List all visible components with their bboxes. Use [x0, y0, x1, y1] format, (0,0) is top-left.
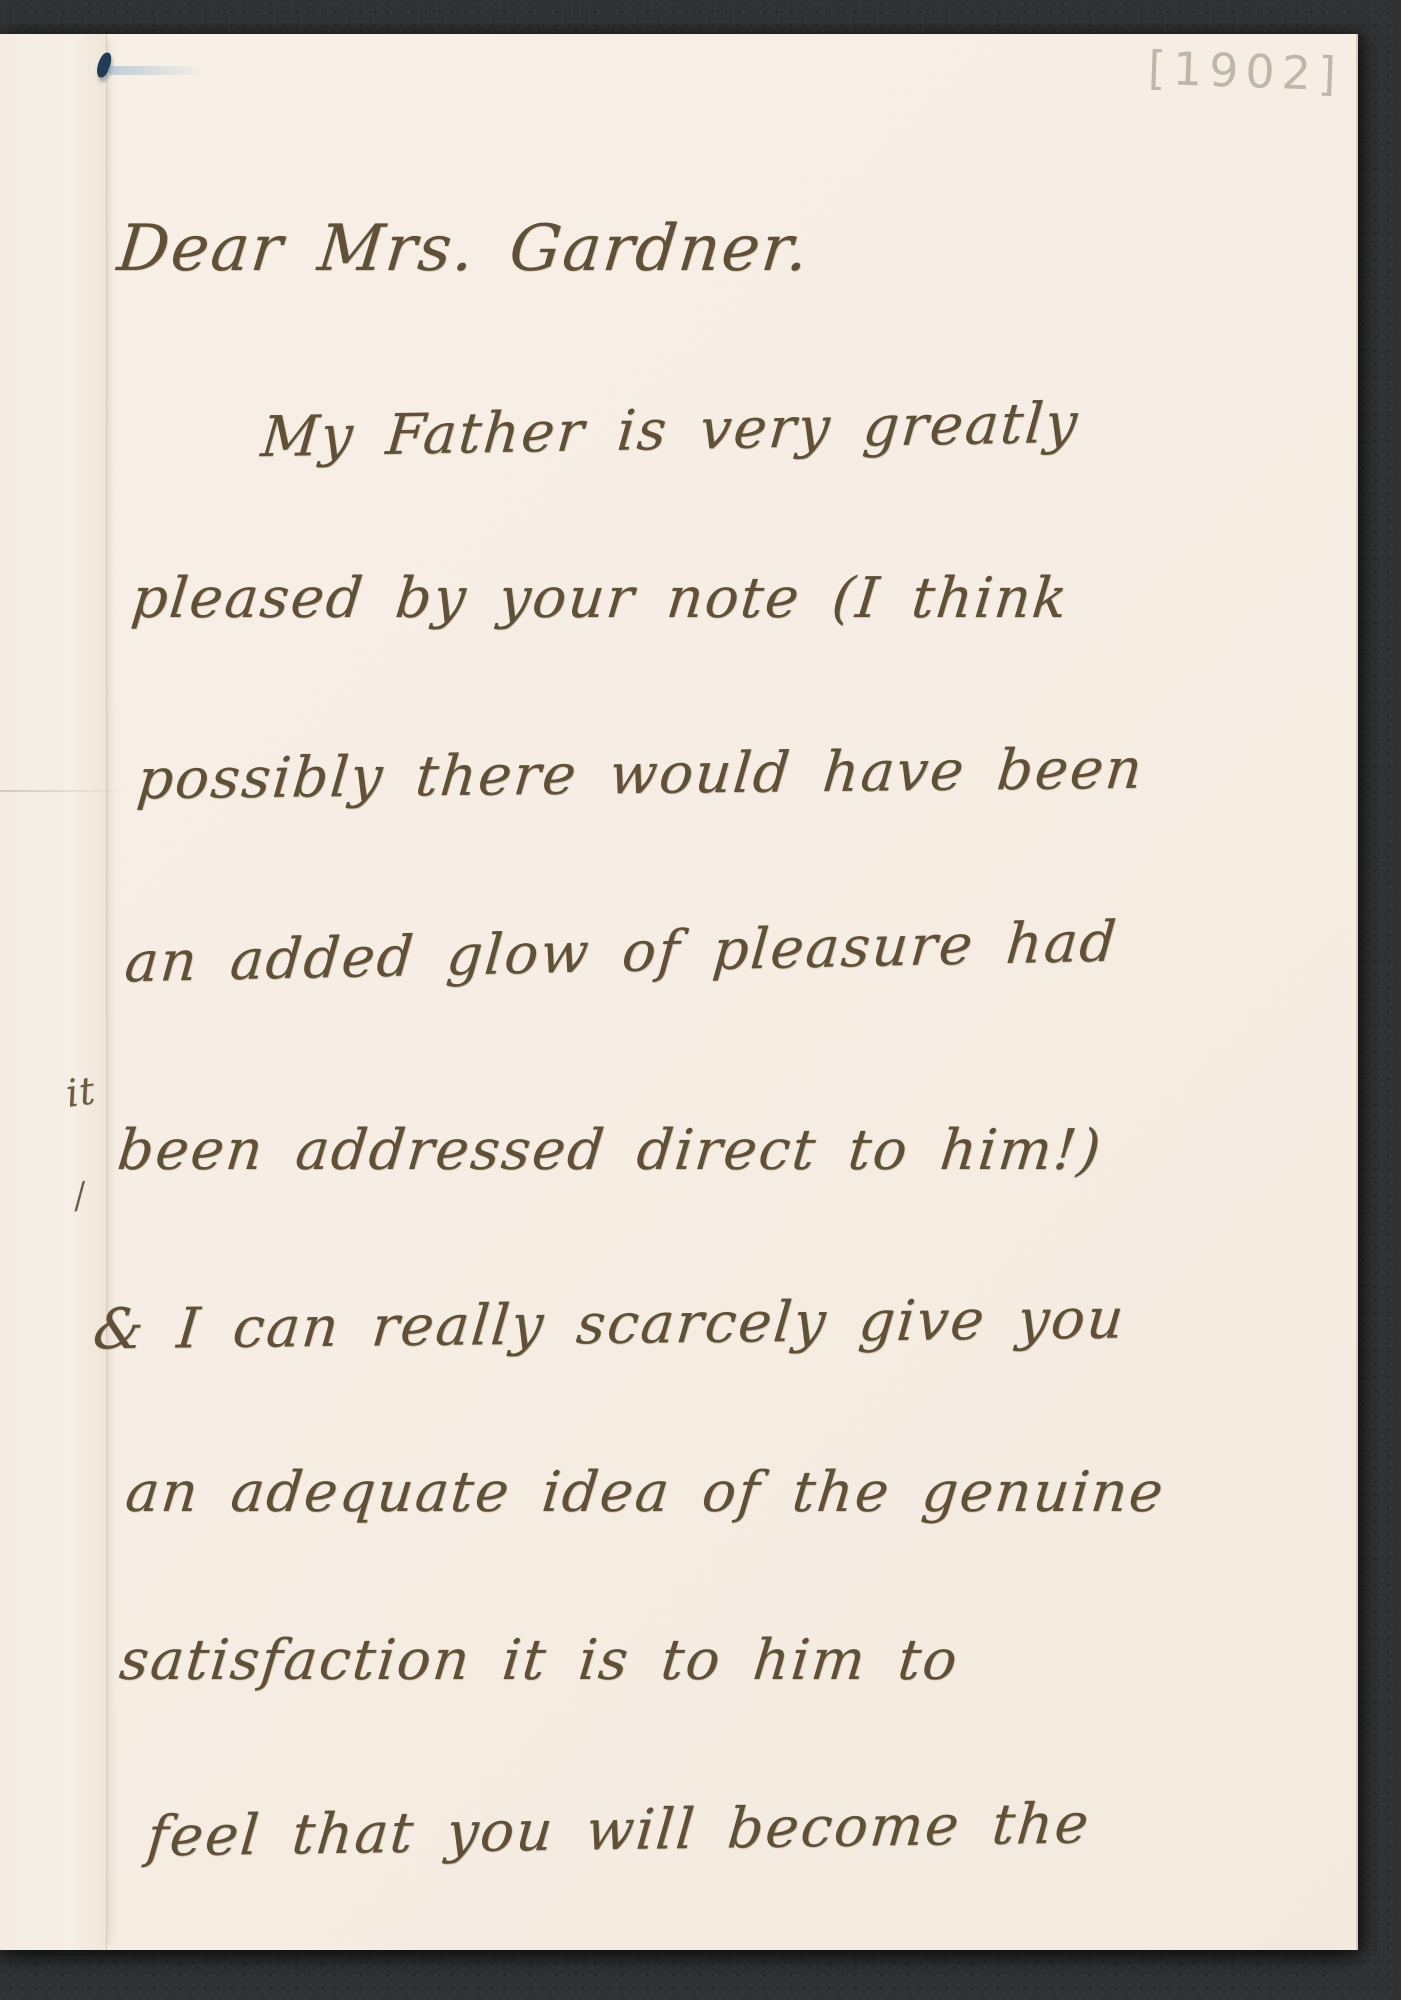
letter-line: & I can really scarcely give you — [90, 1287, 1128, 1363]
letter-paper: [1902] Dear Mrs. Gardner. My Father is v… — [0, 34, 1358, 1950]
paper-crease — [0, 790, 132, 792]
blue-ink-smear — [108, 66, 206, 75]
letter-line: My Father is very greatly — [258, 391, 1081, 470]
letter-line-salutation: Dear Mrs. Gardner. — [114, 212, 814, 286]
letter-line: feel that you will become the — [144, 1791, 1093, 1869]
pencil-date-annotation: [1902] — [1147, 41, 1344, 102]
letter-line: an added glow of pleasure had — [122, 910, 1120, 996]
letter-line: possibly there would have been — [134, 737, 1146, 813]
letter-line: been addressed direct to him!) — [115, 1118, 1106, 1183]
letter-line: pleased by your note (I think — [129, 566, 1072, 631]
interlinear-insertion: it — [63, 1068, 98, 1116]
page-fold-strip — [0, 34, 107, 1950]
letter-line: satisfaction it is to him to — [117, 1628, 962, 1693]
letter-line: an adequate idea of the genuine — [123, 1460, 1168, 1525]
